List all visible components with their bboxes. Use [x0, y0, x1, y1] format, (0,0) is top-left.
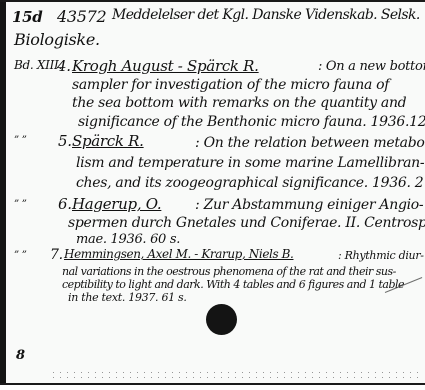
- entry-number: 7.: [50, 247, 63, 263]
- ditto-marks: ” ”: [14, 250, 27, 261]
- entry-title-line: mae. 1936. 60 s.: [76, 232, 180, 247]
- entry-title-line: : On a new bottom: [318, 59, 425, 74]
- entry-title-line: ceptibility to light and dark. With 4 ta…: [62, 278, 404, 291]
- entry-authors: Spärck R.: [72, 132, 144, 150]
- entry-title-line: : Rhythmic diur-: [338, 249, 424, 262]
- footer-mark: 8: [16, 348, 25, 363]
- entry-number: 4.: [57, 57, 71, 75]
- entry-authors: Hagerup, O.: [72, 195, 161, 213]
- series-title: Meddelelser det Kgl. Danske Videnskab. S…: [112, 7, 420, 23]
- ditto-marks: ” ”: [14, 135, 27, 146]
- card-edge: [0, 2, 6, 383]
- entry-title-line: ches, and its zoogeographical significan…: [76, 175, 425, 191]
- ditto-marks: ” ”: [14, 199, 27, 210]
- entry-title-line: in the text. 1937. 61 s.: [68, 291, 187, 304]
- entry-title-line: significance of the Benthonic micro faun…: [78, 114, 425, 130]
- scan-noise: [50, 370, 420, 380]
- entry-authors: Krogh August - Spärck R.: [72, 57, 259, 75]
- entry-title-line: sampler for investigation of the micro f…: [72, 77, 389, 93]
- subject-heading: Biologiske.: [14, 30, 100, 49]
- punch-hole: [206, 304, 237, 335]
- accession-number: 43572: [57, 7, 106, 26]
- entry-title-line: lism and temperature in some marine Lame…: [76, 155, 424, 171]
- index-card: 15d 43572 Meddelelser det Kgl. Danske Vi…: [0, 0, 425, 385]
- entry-number: 6.: [58, 195, 72, 213]
- entry-title-line: : On the relation between metabo-: [195, 135, 425, 151]
- entry-title-line: : Zur Abstammung einiger Angio-: [195, 197, 423, 213]
- entry-title-line: nal variations in the oestrous phenomena…: [62, 265, 396, 278]
- entry-authors: Hemmingsen, Axel M. - Krarup, Niels B.: [64, 247, 293, 261]
- shelfmark: 15d: [12, 8, 42, 26]
- entry-title-line: spermen durch Gnetales und Coniferae. II…: [68, 215, 425, 231]
- entry-title-line: the sea bottom with remarks on the quant…: [72, 95, 406, 111]
- entry-number: 5.: [58, 132, 72, 150]
- volume-label: Bd. XIII.: [14, 58, 62, 72]
